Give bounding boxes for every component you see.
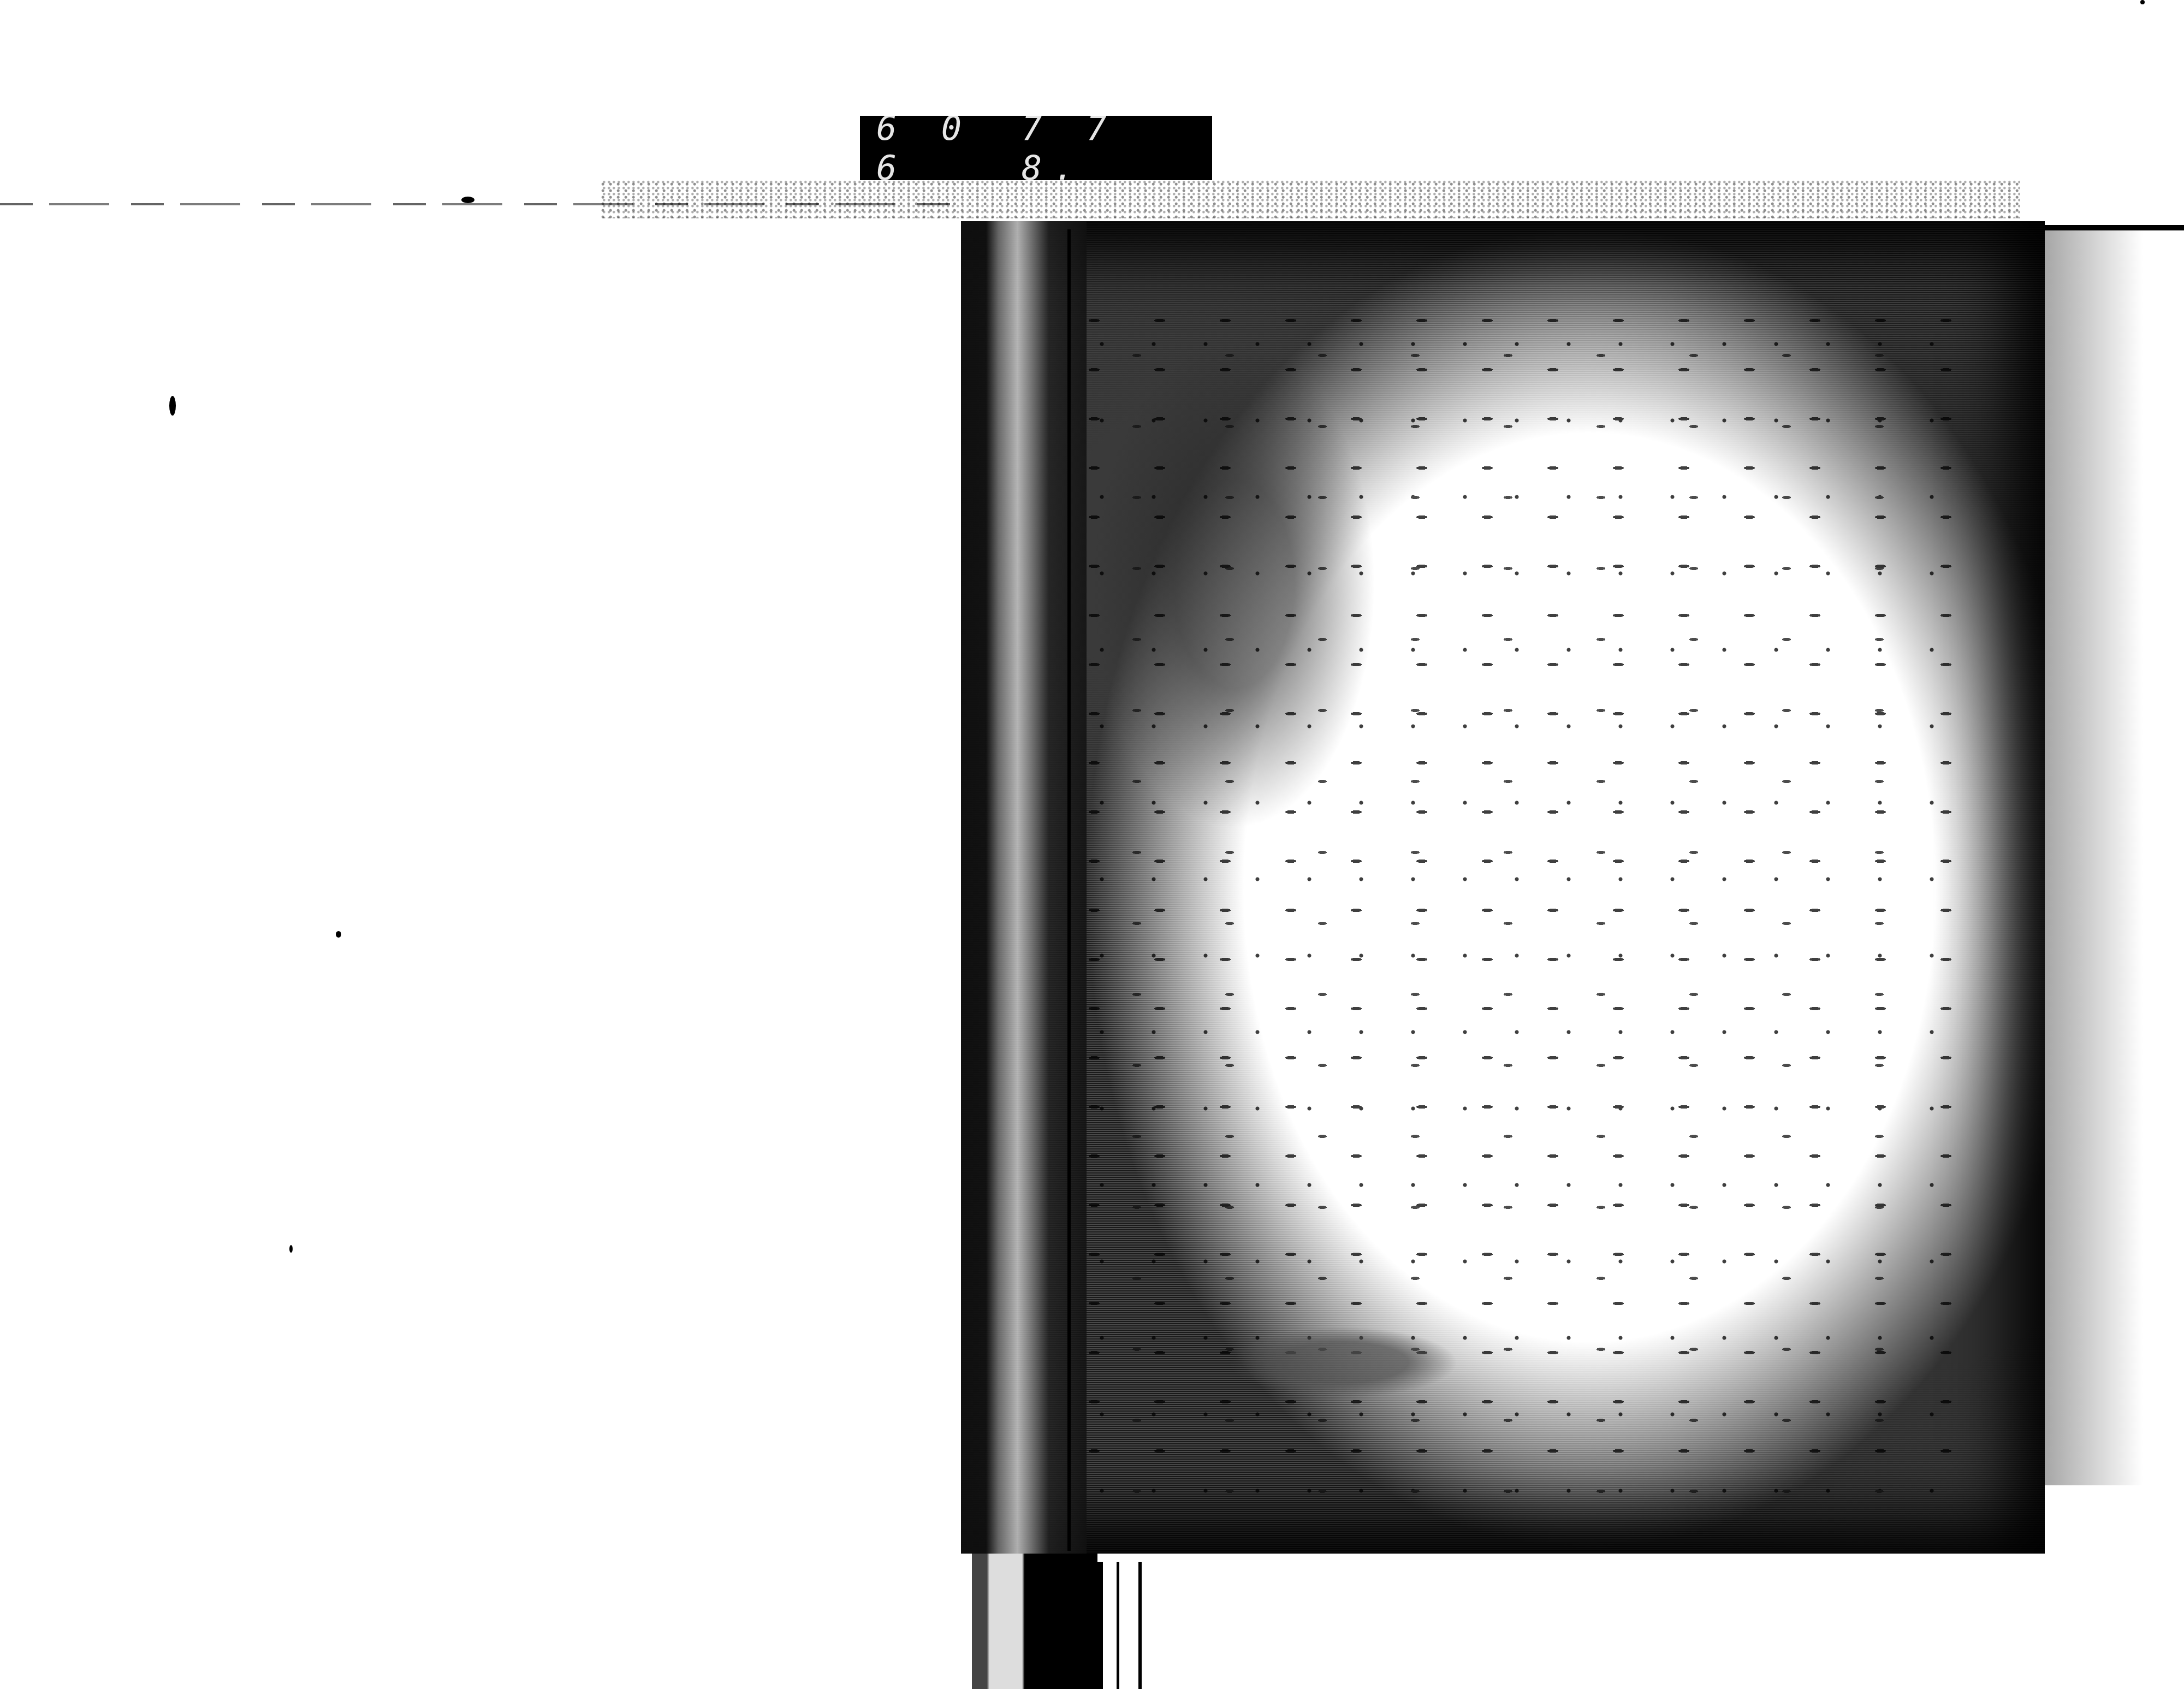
scan-speck — [289, 1245, 293, 1253]
marbling-speckles — [1081, 306, 1966, 1496]
scanned-page: 6 0 6 7 7 8. — [0, 0, 2184, 1689]
scan-speck — [2140, 0, 2145, 4]
frame-counter-right: 7 7 8. — [1022, 108, 1196, 188]
scan-speck — [336, 931, 341, 938]
page-edge-line — [1138, 1562, 1142, 1689]
cover-stain — [1228, 1327, 1458, 1398]
cover-shadow — [2045, 229, 2143, 1485]
scan-speck — [461, 197, 474, 203]
spine-edge — [1067, 229, 1071, 1551]
scan-noise — [601, 180, 2020, 218]
frame-counter-left: 6 0 6 — [876, 108, 1022, 188]
frame-counter-label: 6 0 6 7 7 8. — [860, 116, 1212, 180]
page-edge-line — [1117, 1562, 1119, 1689]
page-edge-line — [1097, 1562, 1103, 1689]
scan-speck — [169, 396, 176, 416]
book-bottom-edge — [972, 1554, 1097, 1689]
